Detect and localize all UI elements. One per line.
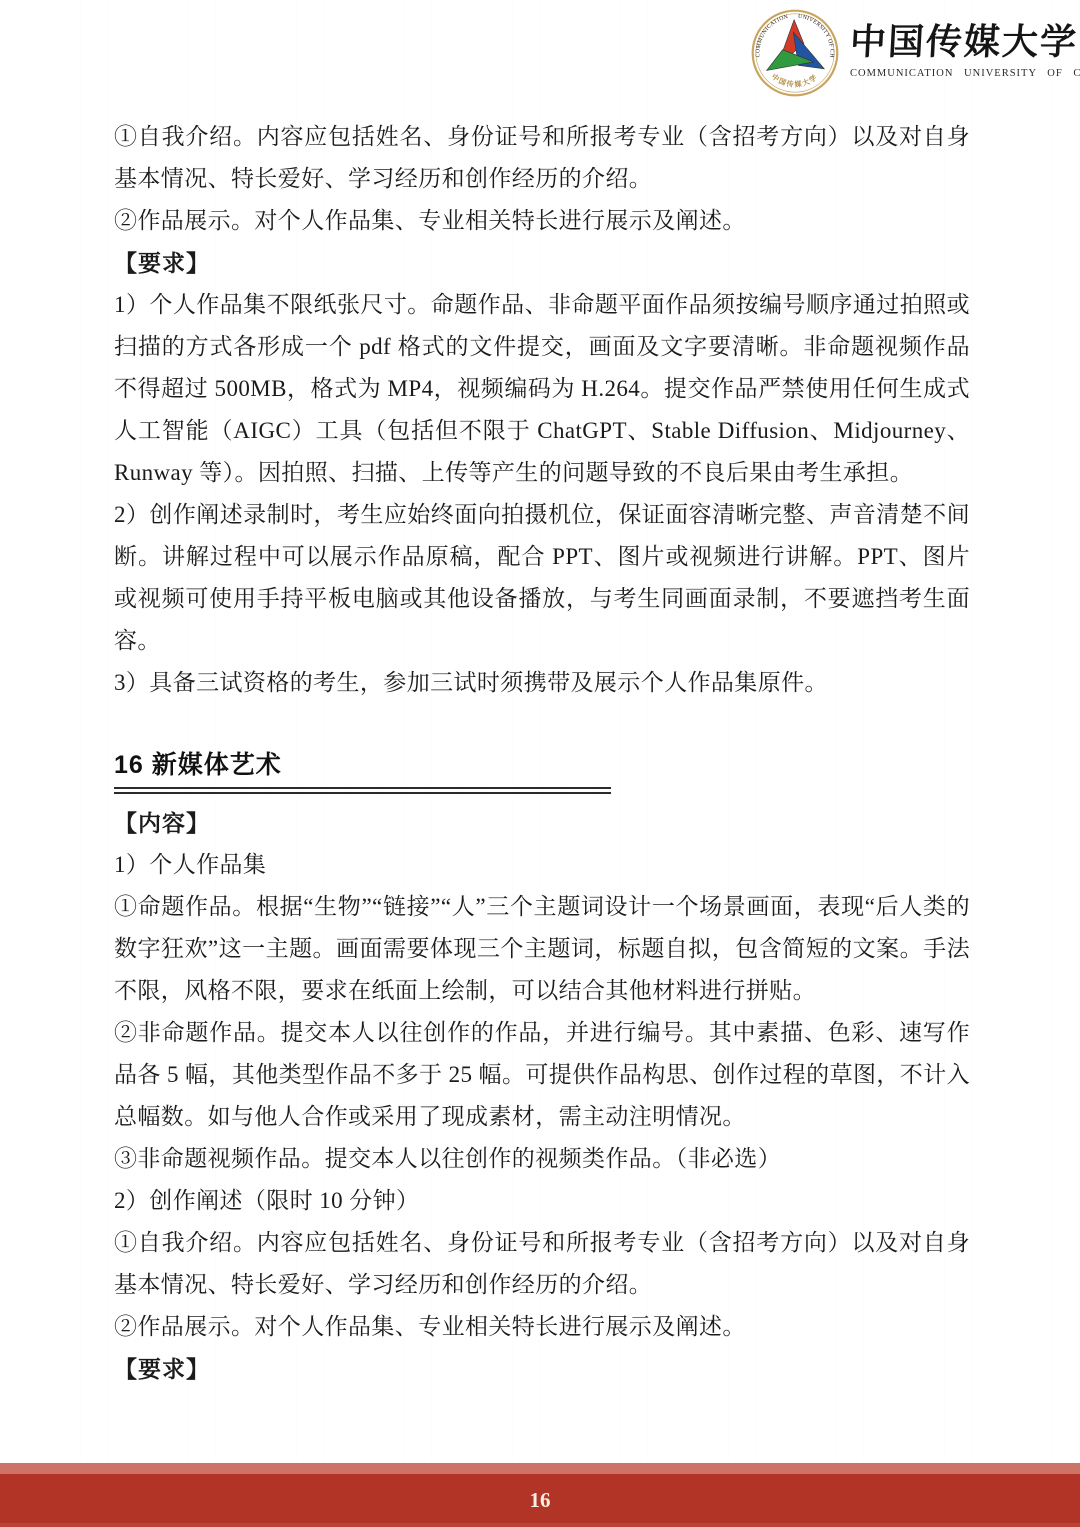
paragraph: 1）个人作品集不限纸张尺寸。命题作品、非命题平面作品须按编号顺序通过拍照或扫描的… xyxy=(114,284,970,494)
paragraph: ②非命题作品。提交本人以往创作的作品，并进行编号。其中素描、色彩、速写作品各 5… xyxy=(114,1012,970,1138)
paragraph: ①自我介绍。内容应包括姓名、身份证号和所报考专业（含招考方向）以及对自身基本情况… xyxy=(114,116,970,200)
paragraph: ②作品展示。对个人作品集、专业相关特长进行展示及阐述。 xyxy=(114,200,970,242)
document-page: COMMUNICATION UNIVERSITY OF CHINA 中国传媒大学… xyxy=(0,0,1080,1527)
page-number: 16 xyxy=(530,1488,551,1513)
footer-accent-strip xyxy=(0,1463,1080,1474)
paragraph: ②作品展示。对个人作品集、专业相关特长进行展示及阐述。 xyxy=(114,1306,970,1348)
paragraph: 3）具备三试资格的考生，参加三试时须携带及展示个人作品集原件。 xyxy=(114,662,970,704)
paragraph: ①自我介绍。内容应包括姓名、身份证号和所报考专业（含招考方向）以及对自身基本情况… xyxy=(114,1222,970,1306)
paragraph: 2）创作阐述（限时 10 分钟） xyxy=(114,1180,970,1222)
page-footer-bar: 16 xyxy=(0,1474,1080,1527)
section-label: 【要求】 xyxy=(114,1348,970,1390)
heading-underline xyxy=(114,787,611,794)
university-logo: COMMUNICATION UNIVERSITY OF CHINA 中国传媒大学… xyxy=(750,8,1080,98)
section-label: 【内容】 xyxy=(114,802,970,844)
section-heading: 16 新媒体艺术 xyxy=(114,748,970,794)
document-content: ①自我介绍。内容应包括姓名、身份证号和所报考专业（含招考方向）以及对自身基本情况… xyxy=(114,116,970,1390)
paragraph: ①命题作品。根据“生物”“链接”“人”三个主题词设计一个场景画面，表现“后人类的… xyxy=(114,886,970,1012)
paragraph: 1）个人作品集 xyxy=(114,844,970,886)
section-heading-title: 16 新媒体艺术 xyxy=(114,748,282,782)
university-wordmark: 中国传媒大学 COMMUNICATION UNIVERSITY OF CHINA xyxy=(850,8,1080,79)
page-footer: 16 xyxy=(0,1463,1080,1527)
university-emblem-icon: COMMUNICATION UNIVERSITY OF CHINA 中国传媒大学 xyxy=(750,8,840,98)
section-label: 【要求】 xyxy=(114,242,970,284)
paragraph: 2）创作阐述录制时，考生应始终面向拍摄机位，保证面容清晰完整、声音清楚不间断。讲… xyxy=(114,494,970,662)
university-name-en: COMMUNICATION UNIVERSITY OF CHINA xyxy=(850,68,1080,79)
paragraph: ③非命题视频作品。提交本人以往创作的视频类作品。（非必选） xyxy=(114,1138,970,1180)
university-name-zh: 中国传媒大学 xyxy=(849,20,1080,64)
